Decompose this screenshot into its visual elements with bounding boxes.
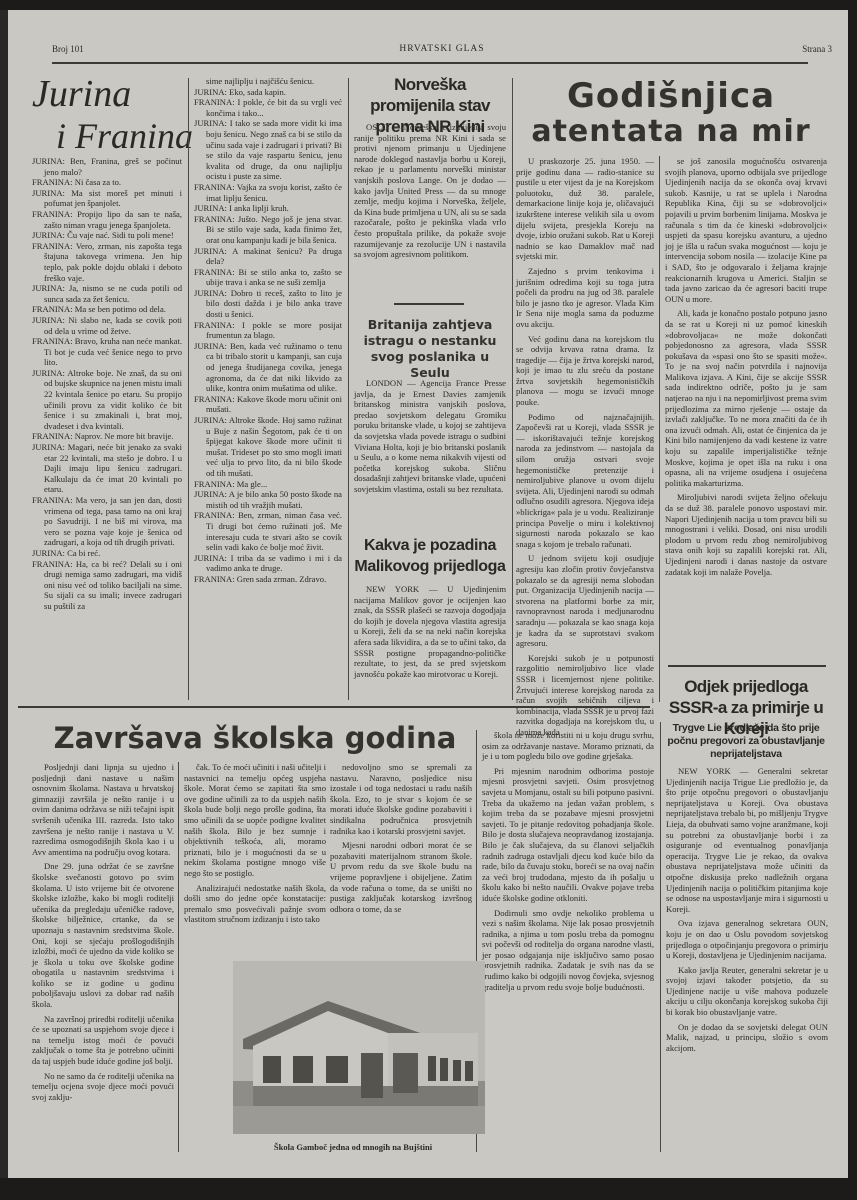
- article-paragraph: Dodirnuli smo ovdje nekoliko problema u …: [482, 908, 654, 993]
- dialogue-line: FRANINA: Ben, zrman, niman časa već. Ti …: [194, 510, 342, 552]
- dialogue-line: JURINA: Ben, Franina, greš se počinut je…: [32, 156, 182, 177]
- malik-headline: Kakva je pozadina Malikovog prijedloga: [352, 535, 508, 577]
- jurina-column-2: sime najliplju i najčišću šenicu.JURINA:…: [194, 76, 342, 585]
- article-paragraph: čak. To će moći učiniti i naši učitelji …: [184, 762, 326, 879]
- scan-top-border: [0, 0, 857, 10]
- skolska-column-4: škola ne može koristiti ni u koju drugu …: [482, 730, 654, 996]
- malik-article: NEW YORK — U Ujedinjenim nacijama Maliko…: [354, 584, 506, 683]
- article-paragraph: Dne 29. juna održat će se završne školsk…: [32, 861, 174, 1009]
- odjek-subhead: Trygve Lie predlaže da što prije počnu p…: [660, 722, 832, 761]
- skolska-headline: Završava školska godina: [32, 720, 478, 756]
- article-paragraph: No ne samo da će roditelji učenika na te…: [32, 1071, 174, 1103]
- norveska-body: OSLO — Norveška je izmijenila svoju rani…: [354, 122, 506, 260]
- dialogue-line: JURINA: Ben, kada već ružinamo o tenu ca…: [194, 341, 342, 394]
- article-paragraph: Ova izjava generalnog sekretara OUN, koj…: [666, 918, 828, 960]
- dialogue-line: FRANINA: Naprov. Ne more bit bravije.: [32, 431, 182, 442]
- dialogue-line: FRANINA: Propijo lipo da san te naša, za…: [32, 209, 182, 230]
- dialogue-line: FRANINA: Bi se stilo anka to, zašto se u…: [194, 267, 342, 288]
- odjek-article: NEW YORK — Generalni sekretar Ujedinjeni…: [666, 766, 828, 1057]
- skolska-column-1: Posljednji dani lipnja su ujedno i poslj…: [32, 762, 174, 1106]
- malik-body: NEW YORK — U Ujedinjenim nacijama Maliko…: [354, 584, 506, 679]
- column-divider: [188, 78, 189, 700]
- jurina-column-1: JURINA: Ben, Franina, greš se počinut je…: [32, 156, 182, 612]
- dialogue-line: FRANINA: Ma gle...: [194, 479, 342, 490]
- dialogue-line: JURINA: Altroke škode. Hoj samo ružinat …: [194, 415, 342, 479]
- article-paragraph: U jednom svijetu koji osudjuje agresiju …: [516, 553, 654, 648]
- jurina-title-line2: i Franina: [56, 116, 193, 156]
- article-separator: [394, 303, 464, 305]
- article-paragraph: On je dodao da se sovjetski delegat OUN …: [666, 1022, 828, 1054]
- godisnjica-headline-1: Godišnjica: [516, 76, 826, 116]
- dialogue-line: FRANINA: Gren sada zrman. Zdravo.: [194, 574, 342, 585]
- jurina-title-line1: Jurina: [32, 74, 131, 114]
- dialogue-line: JURINA: I triba da se vadimo i mi i da v…: [194, 553, 342, 574]
- dialogue-line: FRANINA: Ni časa za to.: [32, 177, 182, 188]
- dialogue-line: FRANINA: Jušto. Nego još je jena stvar. …: [194, 214, 342, 246]
- header-rule: [52, 62, 808, 64]
- dialogue-line: JURINA: Ma sist moreš pet minuti i pofum…: [32, 188, 182, 209]
- article-paragraph: Miroljubivi narodi svijeta željno očekuj…: [665, 492, 827, 577]
- dialogue-line: JURINA: A makinat šenicu? Pa druga dela?: [194, 246, 342, 267]
- dialogue-line: sime najliplju i najčišću šenicu.: [194, 76, 342, 87]
- skolska-column-2: čak. To će moći učiniti i naši učitelji …: [184, 762, 326, 929]
- dialogue-line: FRANINA: Vero, zrman, nis zapošta tega š…: [32, 241, 182, 283]
- article-paragraph: Korejski sukob je u potpunosti razgoliti…: [516, 653, 654, 738]
- column-divider: [512, 78, 513, 700]
- dialogue-line: JURINA: Ja, nismo se ne cuda potili od s…: [32, 283, 182, 304]
- dialogue-line: FRANINA: Bravo, kruha nan neće mankat. T…: [32, 336, 182, 368]
- photo-caption: Škola Gamboč jedna od mnogih na Bujštini: [208, 1142, 498, 1152]
- column-divider: [348, 78, 349, 700]
- article-paragraph: Već godinu dana na korejskom tlu se odvi…: [516, 334, 654, 408]
- page-header: Broj 101 HRVATSKI GLAS Strana 3: [52, 44, 832, 60]
- dialogue-line: JURINA: Altroke boje. Ne znaš, da su oni…: [32, 368, 182, 432]
- dialogue-line: FRANINA: Ma vero, ja san jen dan, dosti …: [32, 495, 182, 548]
- britanija-body: LONDON — Agencija France Presse javlja, …: [354, 378, 506, 495]
- article-paragraph: Na završnoj priredbi roditelji učenika ć…: [32, 1014, 174, 1067]
- article-paragraph: Ali, kada je konačno postalo potpuno jas…: [665, 308, 827, 488]
- article-paragraph: Pri mjesnim narodnim odborima postoje mj…: [482, 766, 654, 904]
- skolska-column-3: nedovoljno smo se spremali za nastavu. N…: [330, 762, 472, 918]
- article-paragraph: škola ne može koristiti ni u koju drugu …: [482, 730, 654, 762]
- dialogue-line: JURINA: Ca bi reć.: [32, 548, 182, 559]
- dialogue-line: JURINA: I anka liplji kruh.: [194, 203, 342, 214]
- britanija-headline: Britanija zahtjeva istragu o nestanku sv…: [352, 317, 508, 381]
- dialogue-line: JURINA: Dobro ti receš, zašto to lito je…: [194, 288, 342, 320]
- column-divider: [178, 762, 179, 1152]
- article-paragraph: NEW YORK — Generalni sekretar Ujedinjeni…: [666, 766, 828, 914]
- article-paragraph: se još zanosila mogućnošću ostvarenja sv…: [665, 156, 827, 304]
- dialogue-line: JURINA: I tako se sada more vidit ki ima…: [194, 118, 342, 182]
- column-divider: [660, 722, 661, 1152]
- article-paragraph: Zajedno s prvim tenkovima i jurišnim odr…: [516, 266, 654, 330]
- column-divider: [659, 156, 660, 702]
- dialogue-line: FRANINA: I pokle se more posijat frument…: [194, 320, 342, 341]
- school-building-image: [233, 961, 485, 1134]
- dialogue-line: JURINA: Eko, sada kapin.: [194, 87, 342, 98]
- scan-bottom-border: [0, 1178, 857, 1200]
- school-photo: [233, 961, 485, 1134]
- dialogue-line: FRANINA: Kakove škode moru učinit oni mu…: [194, 394, 342, 415]
- godisnjica-column-2: se još zanosila mogućnošću ostvarenja sv…: [665, 156, 827, 581]
- article-paragraph: Pođimo od najznačajnijih. Započevši rat …: [516, 412, 654, 550]
- masthead: HRVATSKI GLAS: [52, 44, 832, 54]
- newspaper-page: Broj 101 HRVATSKI GLAS Strana 3 Jurina i…: [8, 10, 848, 1178]
- godisnjica-column-1: U praskozorje 25. juna 1950. — prije god…: [516, 156, 654, 741]
- dialogue-line: FRANINA: Ma se ben potimo od dela.: [32, 304, 182, 315]
- article-paragraph: nedovoljno smo se spremali za nastavu. N…: [330, 762, 472, 836]
- article-paragraph: Kako javlja Reuter, generalni sekretar j…: [666, 965, 828, 1018]
- section-rule: [18, 706, 650, 708]
- godisnjica-headline-2: atentata na mir: [516, 114, 826, 150]
- norveska-article: OSLO — Norveška je izmijenila svoju rani…: [354, 122, 506, 264]
- article-separator: [668, 665, 826, 667]
- article-paragraph: Posljednji dani lipnja su ujedno i poslj…: [32, 762, 174, 857]
- dialogue-line: JURINA: A je bilo anka 50 posto škode na…: [194, 489, 342, 510]
- dialogue-line: JURINA: Magari, neće bit jenako za svaki…: [32, 442, 182, 495]
- page-number: Strana 3: [802, 44, 832, 54]
- article-paragraph: Analizirajući nedostatke naših škola, do…: [184, 883, 326, 925]
- dialogue-line: FRANINA: I pokle, će bit da su vrgli već…: [194, 97, 342, 118]
- article-paragraph: Mjesni narodni odbori morat će se pozaba…: [330, 840, 472, 914]
- dialogue-line: FRANINA: Vajka za svoju korist, zašto će…: [194, 182, 342, 203]
- dialogue-line: JURINA: Ni slabo ne, kada se covik poti …: [32, 315, 182, 336]
- scan-right-border: [848, 0, 857, 1200]
- britanija-article: LONDON — Agencija France Presse javlja, …: [354, 378, 506, 499]
- article-paragraph: U praskozorje 25. juna 1950. — prije god…: [516, 156, 654, 262]
- dialogue-line: FRANINA: Ha, ca bi reć? Delali su i oni …: [32, 559, 182, 612]
- dialogue-line: JURINA: Ču vaje nać. Sidi tu poli mene!: [32, 230, 182, 241]
